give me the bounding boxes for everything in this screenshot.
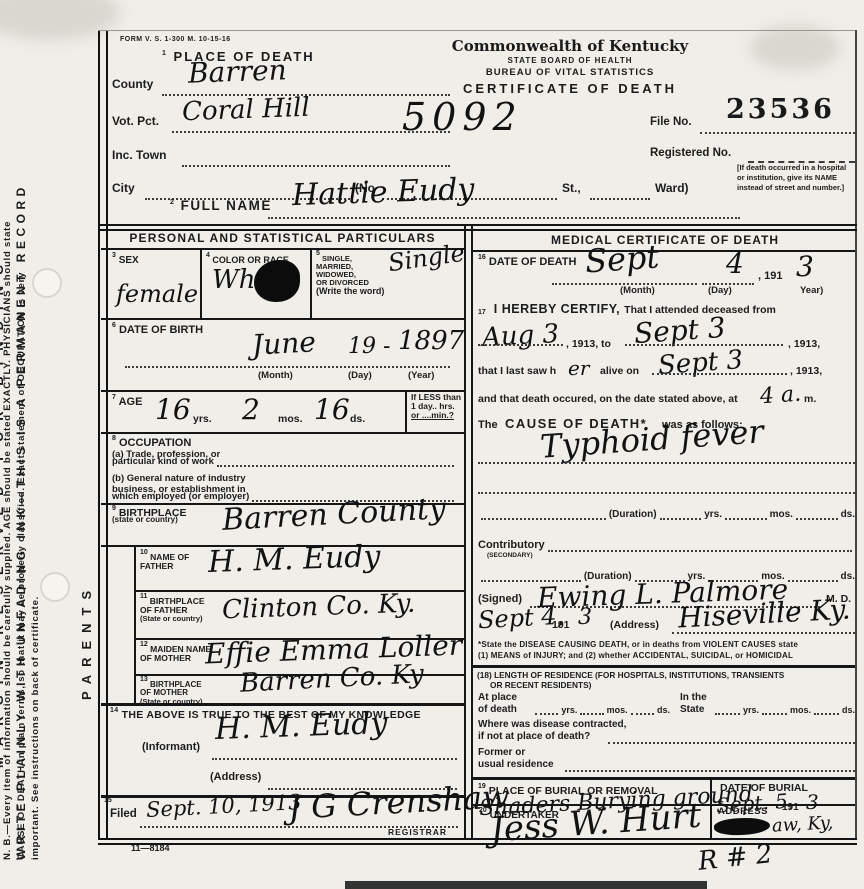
yrs-label: yrs. bbox=[743, 706, 759, 715]
rule bbox=[473, 777, 855, 780]
ward-label: Ward) bbox=[655, 182, 689, 195]
dob-day-value: 19 - bbox=[348, 336, 390, 358]
attended-from-line bbox=[478, 330, 563, 346]
birthplace-note: (state or country) bbox=[112, 516, 178, 524]
father-bp-note: (State or country) bbox=[140, 615, 205, 623]
dod-year-print: , 191 bbox=[758, 271, 782, 283]
personal-section-title: PERSONAL AND STATISTICAL PARTICULARS bbox=[105, 232, 460, 245]
dotted-leader bbox=[788, 577, 838, 582]
year-label: (Year) bbox=[408, 371, 434, 381]
birthplace-value: Barren County bbox=[221, 494, 446, 536]
last-saw-print3: , 1913, bbox=[790, 366, 822, 377]
form-number: FORM V. S. 1-300 M. 10-15-16 bbox=[120, 36, 231, 43]
voting-precinct-label: Vot. Pct. bbox=[112, 115, 159, 128]
margin-nb-line1: N. B.—Every item of information should b… bbox=[3, 221, 13, 860]
registrar-signature: J G Crenshaw bbox=[287, 780, 510, 824]
age-days-value: 16 bbox=[314, 396, 350, 424]
father-name-label: 10 NAME OF FATHER bbox=[140, 549, 189, 571]
street-label: St., bbox=[562, 182, 581, 195]
rule bbox=[310, 248, 312, 318]
certificate-title: CERTIFICATE OF DEATH bbox=[420, 82, 720, 96]
occupation-text: OCCUPATION bbox=[119, 437, 191, 449]
former-residence-line2: usual residence bbox=[478, 760, 554, 771]
mother-maiden-label: 12 MAIDEN NAME OF MOTHER bbox=[140, 641, 211, 663]
parents-label: PARENTS bbox=[80, 583, 106, 700]
item-num-3: 3 bbox=[112, 252, 116, 259]
at-place-label1: At place bbox=[478, 693, 517, 704]
yrs-label: yrs. bbox=[193, 414, 212, 425]
cause-line2 bbox=[478, 478, 855, 494]
dotted-leader bbox=[814, 710, 839, 715]
dod-text: DATE OF DEATH bbox=[489, 256, 577, 268]
informant-value: H. M. Eudy bbox=[215, 709, 388, 745]
full-name-text: FULL NAME bbox=[181, 198, 272, 213]
residence-label-line1: (18) LENGTH OF RESIDENCE (FOR HOSPITALS,… bbox=[477, 671, 784, 680]
dotted-leader bbox=[580, 710, 603, 715]
age-years-value: 16 bbox=[155, 396, 191, 424]
bureau-label: BUREAU OF VITAL STATISTICS bbox=[420, 68, 720, 78]
dotted-leader bbox=[481, 515, 606, 520]
dod-day-label: (Day) bbox=[708, 286, 732, 296]
death-certificate-scan: MARGIN RESERVED FOR BINDING WRITE PLAINL… bbox=[0, 0, 864, 889]
rule bbox=[101, 318, 464, 320]
occupation-a2-row: particular kind of work bbox=[112, 453, 457, 467]
scan-edge-bar bbox=[345, 881, 707, 889]
dotted-leader bbox=[725, 515, 767, 520]
rule bbox=[101, 703, 464, 706]
marital-line1: 5 SINGLE, bbox=[316, 250, 384, 263]
item-num-8: 8 bbox=[112, 435, 116, 442]
ds-label: ds. bbox=[842, 706, 855, 715]
dotted-leader bbox=[762, 710, 787, 715]
mother-birthplace-label: 13 BIRTHPLACE OF MOTHER (State or countr… bbox=[140, 676, 203, 706]
former-residence-line1: Former or bbox=[478, 748, 525, 759]
rule bbox=[200, 248, 202, 318]
certify-bold: I HEREBY CERTIFY, bbox=[494, 303, 620, 316]
marital-note: (Write the word) bbox=[316, 287, 384, 296]
form-code: 11—8184 bbox=[131, 844, 170, 853]
dotted-leader bbox=[217, 462, 454, 467]
occupation-b3: which employed (or employer) bbox=[112, 492, 249, 502]
mother-birthplace-value: Barren Co. Ky bbox=[239, 661, 424, 697]
dotted-leader bbox=[535, 710, 558, 715]
filed-label: Filed bbox=[110, 808, 137, 820]
mother-mn-l2: OF MOTHER bbox=[140, 654, 211, 663]
dod-day-value: 4 bbox=[726, 250, 744, 278]
ds-label: ds. bbox=[350, 414, 365, 425]
duration-label: (Duration) bbox=[609, 510, 657, 521]
cause-line1 bbox=[478, 448, 855, 464]
item-num-6: 6 bbox=[112, 322, 116, 329]
age-label: 7 AGE bbox=[112, 394, 142, 409]
footnote-line1: *State the DISEASE CAUSING DEATH, or in … bbox=[478, 641, 798, 649]
item-num-7: 7 bbox=[112, 394, 116, 401]
voting-precinct-value: Coral Hill bbox=[182, 95, 311, 125]
form-top-border bbox=[98, 30, 857, 31]
county-value: Barren bbox=[188, 56, 288, 87]
form-right-border bbox=[855, 30, 857, 840]
last-saw-line bbox=[652, 359, 787, 375]
yrs-label: yrs. bbox=[561, 706, 577, 715]
dotted-leader bbox=[796, 515, 838, 520]
death-time-value: 4 a. bbox=[759, 384, 802, 409]
contributory-row: Contributory bbox=[478, 538, 855, 552]
dob-month-value: June bbox=[251, 328, 316, 359]
full-name-label: 2 FULL NAME bbox=[170, 199, 272, 213]
undertaker-address-label: ADDRESS bbox=[718, 807, 768, 817]
dotted-leader bbox=[715, 710, 740, 715]
in-state-units-row: yrs. mos. ds. bbox=[712, 702, 855, 715]
sex-label: 3 SEX bbox=[112, 252, 139, 267]
item-num-4: 4 bbox=[206, 252, 210, 259]
city-label: City bbox=[112, 182, 135, 195]
contributory-label: Contributory bbox=[478, 540, 545, 552]
file-no-label: File No. bbox=[650, 116, 692, 128]
sex-value: female bbox=[116, 282, 198, 306]
certificate-number-handwritten: 5092 bbox=[402, 98, 523, 136]
her-handwritten: er bbox=[568, 358, 589, 378]
occupation-label: 8 OCCUPATION bbox=[112, 435, 191, 450]
attended-to-print: , 1913, bbox=[788, 339, 820, 350]
state-board-label: STATE BOARD OF HEALTH bbox=[420, 57, 720, 65]
registered-no-line bbox=[748, 149, 855, 163]
item-num-5: 5 bbox=[316, 250, 320, 257]
item-num-13: 13 bbox=[140, 676, 148, 683]
county-label: County bbox=[112, 78, 153, 91]
less-line3: or ....min.? bbox=[411, 411, 461, 420]
former-residence-line bbox=[565, 758, 855, 772]
inc-town-label: Inc. Town bbox=[112, 149, 166, 162]
attended-from-print: , 1913, to bbox=[566, 339, 611, 350]
column-divider bbox=[471, 224, 473, 840]
state-header: Commonwealth of Kentucky STATE BOARD OF … bbox=[420, 37, 720, 96]
signature-address-label: (Address) bbox=[610, 620, 659, 631]
dob-year-value: 1897 bbox=[398, 328, 464, 354]
dotted-leader bbox=[631, 710, 654, 715]
residence-text1: LENGTH OF RESIDENCE (FOR HOSPITALS, INST… bbox=[494, 670, 784, 680]
where-contracted-line bbox=[608, 730, 855, 744]
rule bbox=[473, 665, 855, 668]
occupation-b1: (b) General nature of industry bbox=[112, 474, 246, 484]
at-place-label2: of death bbox=[478, 705, 517, 716]
sex-text: SEX bbox=[119, 255, 139, 266]
file-no-value: 23536 bbox=[726, 94, 835, 125]
where-contracted-line2: if not at place of death? bbox=[478, 732, 590, 743]
secondary-label: (SECONDARY) bbox=[487, 553, 533, 560]
item-num-17: 17 bbox=[478, 309, 486, 316]
margin-nb-note: N. B.—Every item of information should b… bbox=[3, 221, 48, 860]
dotted-leader bbox=[660, 515, 702, 520]
in-state-label1: In the bbox=[680, 693, 707, 704]
dod-month-label: (Month) bbox=[620, 286, 655, 296]
at-place-units-row: yrs. mos. ds. bbox=[532, 702, 670, 715]
duration-row-1: (Duration) yrs. mos. ds. bbox=[478, 506, 855, 520]
ds-label: ds. bbox=[841, 572, 855, 583]
ink-blot bbox=[714, 817, 771, 837]
dod-month-value: Sept bbox=[584, 240, 660, 277]
rule bbox=[101, 390, 464, 392]
informant-address-label: (Address) bbox=[210, 772, 261, 784]
occupation-a2: particular kind of work bbox=[112, 457, 214, 467]
informant-line bbox=[212, 744, 457, 760]
rule bbox=[101, 432, 464, 434]
month-label: (Month) bbox=[258, 371, 293, 381]
signature-date-year: 3 bbox=[578, 607, 592, 629]
scan-smudge bbox=[750, 25, 840, 70]
father-name-l2: FATHER bbox=[140, 562, 189, 571]
ink-blot bbox=[254, 260, 300, 302]
item-num-11: 11 bbox=[140, 593, 147, 600]
attended-to-line bbox=[625, 330, 783, 346]
mos-label: mos. bbox=[790, 706, 811, 715]
father-birthplace-value: Clinton Co. Ky. bbox=[222, 591, 416, 624]
date-of-death-label: 16 DATE OF DEATH bbox=[478, 254, 576, 269]
item-num-16: 16 bbox=[478, 254, 486, 261]
last-saw-print2: alive on bbox=[600, 366, 639, 377]
column-divider bbox=[464, 224, 466, 840]
street-line bbox=[590, 184, 650, 200]
father-name-value: H. M. Eudy bbox=[208, 542, 381, 578]
marital-status-label: 5 SINGLE, MARRIED, WIDOWED, OR DIVORCED … bbox=[316, 250, 384, 296]
cause-pre: The bbox=[478, 420, 498, 432]
dod-year-label: Year) bbox=[800, 286, 823, 296]
commonwealth-title: Commonwealth of Kentucky bbox=[420, 37, 720, 55]
header-divider bbox=[98, 224, 857, 231]
inc-town-line bbox=[182, 151, 450, 167]
registrar-label: REGISTRAR bbox=[388, 828, 447, 837]
item-num-20: 20 bbox=[479, 807, 487, 814]
marital-status-value: Single bbox=[387, 241, 466, 275]
father-birthplace-label: 11 BIRTHPLACE OF FATHER (State or countr… bbox=[140, 593, 205, 623]
death-occurred-print: and that death occured, on the date stat… bbox=[478, 394, 738, 405]
full-name-value: Hattie Eudy bbox=[292, 175, 475, 211]
margin-nb-line2: CAUSE OF DEATH in plain terms, so that i… bbox=[17, 221, 27, 860]
registered-no-label: Registered No. bbox=[650, 147, 731, 159]
footnote-line2: (1) MEANS of INJURY; and (2) whether ACC… bbox=[478, 652, 793, 660]
form-left-border bbox=[98, 30, 108, 840]
item-num-9: 9 bbox=[112, 505, 116, 512]
last-saw-print1: that I last saw h bbox=[478, 366, 556, 377]
undertaker-address-extra: R # 2 bbox=[697, 841, 774, 875]
undertaker-address-value: aw, Ky, bbox=[772, 814, 834, 835]
dod-year-value: 3 bbox=[796, 253, 814, 281]
medical-section-title: MEDICAL CERTIFICATE OF DEATH bbox=[480, 234, 850, 247]
residence-label-line2: OR RECENT RESIDENTS) bbox=[490, 681, 591, 690]
rule bbox=[134, 545, 136, 703]
item-num-12: 12 bbox=[140, 641, 148, 648]
day-label: (Day) bbox=[348, 371, 372, 381]
burial-date-year: 3 bbox=[806, 792, 819, 812]
mos-label: mos. bbox=[278, 414, 303, 425]
item-num-19: 19 bbox=[478, 783, 486, 790]
ds-label: ds. bbox=[841, 510, 855, 521]
item-num-10: 10 bbox=[140, 549, 148, 556]
informant-label: (Informant) bbox=[142, 742, 200, 754]
in-state-label2: State bbox=[680, 705, 704, 716]
death-time-m-label: m. bbox=[804, 394, 816, 405]
where-contracted-line1: Where was disease contracted, bbox=[478, 720, 626, 731]
mos-label: mos. bbox=[607, 706, 628, 715]
age-months-value: 2 bbox=[242, 396, 260, 424]
signature-date-print: 191 bbox=[552, 620, 570, 631]
yrs-label: yrs. bbox=[704, 510, 722, 521]
rule bbox=[405, 390, 407, 432]
item-num-14: 14 bbox=[110, 707, 118, 714]
ds-label: ds. bbox=[657, 706, 670, 715]
if-less-note: If LESS than 1 day.. hrs. or ....min.? bbox=[411, 393, 461, 420]
item-num-18: (18) bbox=[477, 670, 492, 680]
age-text: AGE bbox=[119, 396, 143, 408]
item-num-15: 15 bbox=[104, 797, 112, 804]
hospital-note: [If death occurred in a hospital or inst… bbox=[737, 163, 855, 193]
margin-nb-line3: important. See instructions on back of c… bbox=[31, 221, 41, 860]
item-num-1: 1 bbox=[162, 50, 168, 57]
item-num-2: 2 bbox=[170, 199, 175, 206]
mos-label: mos. bbox=[770, 510, 793, 521]
dotted-leader bbox=[548, 547, 852, 552]
